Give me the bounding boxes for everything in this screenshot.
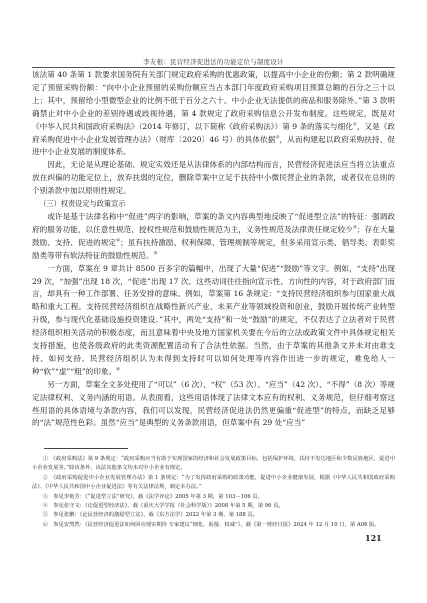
footnote-1: ① 《政府采购法》第 9 条规定：“政府采购应当有助于实现国家的经济和社会发展政… [32, 455, 395, 474]
paragraph-text: 一方面，草案在 9 章共计 8500 百多字的篇幅中，出现了大量“促进”“鼓励”… [32, 264, 395, 376]
footnotes: ① 《政府采购法》第 9 条规定：“政府采购应当有助于实现国家的经济和社会发展政… [32, 455, 395, 530]
footnote-6: ⑥ 参见安然然：《民营经济促进法如何回应现实期待 专家建议“细化、衔接、权威”》… [32, 521, 395, 530]
footnote-2: ② 《政府采购促进中小企业发展管理办法》第 1 条规定：“为了发挥政府采购的政策… [32, 474, 395, 493]
footnote-ref-5[interactable]: ⑤ [154, 251, 158, 256]
running-head: 李友根：民营经济促进法的功能定位与制度设计 [32, 57, 395, 66]
body-text: 该法第 40 条第 1 款要求国务院有关部门规定政府采购的优惠政策，以提高中小企… [32, 69, 395, 430]
header-rule [32, 67, 395, 68]
paragraph-5: 另一方面，草案全文多处使用了“可以”（6 次）、“权”（53 次）、“应当”（4… [32, 379, 395, 431]
paragraph-4: 一方面，草案在 9 章共计 8500 百多字的篇幅中，出现了大量“促进”“鼓励”… [32, 263, 395, 379]
footnote-separator [44, 448, 128, 449]
paragraph-2: 因此，无论是从理论基础、规定实效还是从法律体系的内部结构而言，民营经济促进法应当… [32, 159, 395, 198]
paragraph-text: 该法第 40 条第 1 款要求国务院有关部门规定政府采购的优惠政策，以提高中小企… [32, 70, 395, 131]
footnote-ref-6[interactable]: ⑥ [116, 367, 120, 372]
paragraph-text: 或许是基于法律名称中“促进”两字的影响，草案的条文内容典型地反映了“促进型立法”… [32, 212, 395, 234]
footnote-4: ④ 参见张守文：《论促进型经济法》，载《重庆大学学报（社会科学版）》2008 年… [32, 502, 395, 511]
page-number: 121 [365, 533, 382, 543]
section-subheading: （三）权责设定与政策宣示 [32, 198, 395, 211]
paragraph-3: 或许是基于法律名称中“促进”两字的影响，草案的条文内容典型地反映了“促进型立法”… [32, 211, 395, 263]
footnote-3: ③ 参见李艳芳：《“促进型立法”研究》，载《法学评论》2005 年第 3 期，第… [32, 493, 395, 502]
paragraph-1: 该法第 40 条第 1 款要求国务院有关部门规定政府采购的优惠政策，以提高中小企… [32, 69, 395, 159]
footnote-5: ⑤ 参见张鹏：《论民营经济的激励型立法》，载《东方法学》2022 年第 3 期，… [32, 511, 395, 520]
